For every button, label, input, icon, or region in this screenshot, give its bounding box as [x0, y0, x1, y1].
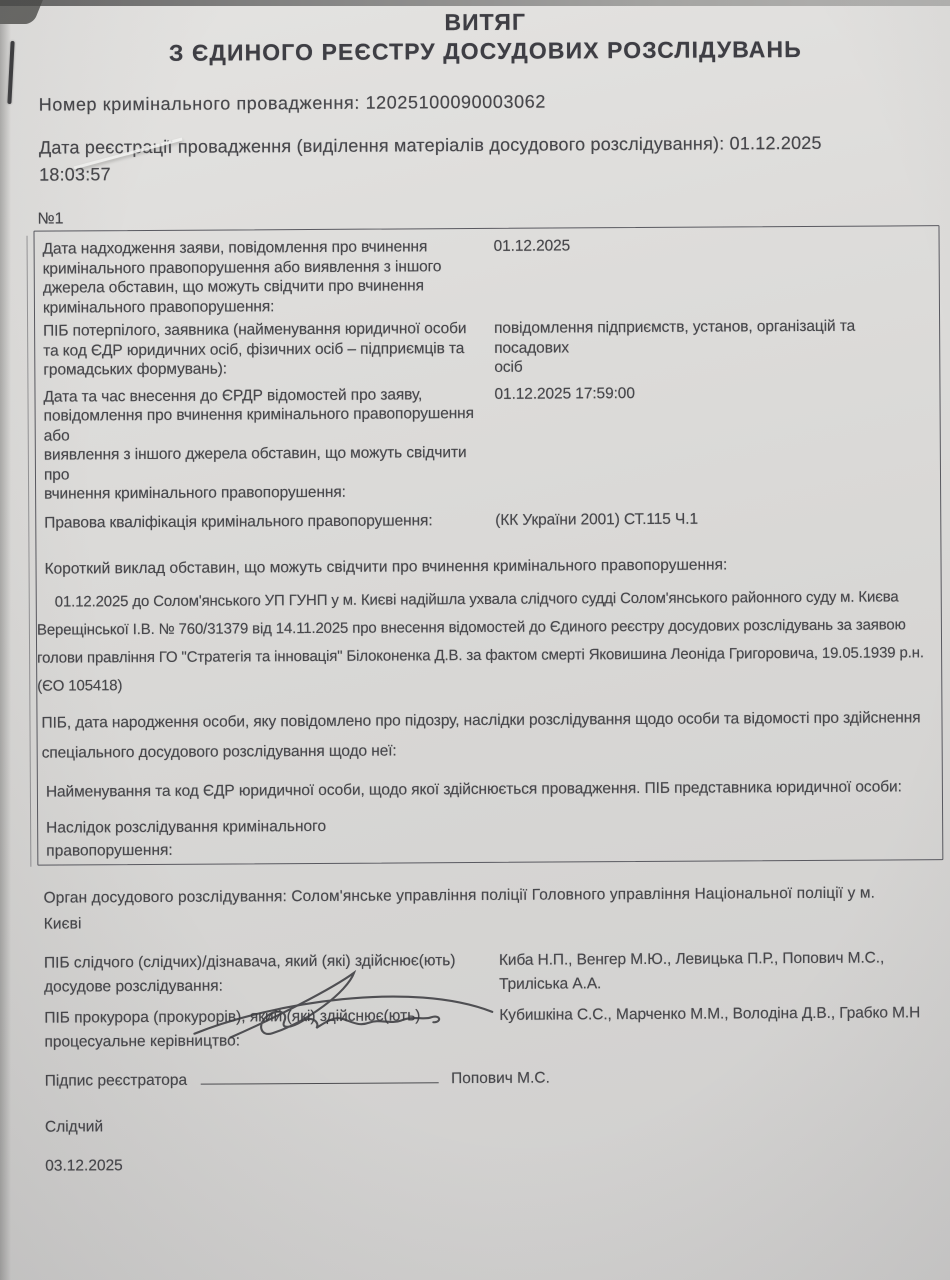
row-label: Правова кваліфікація кримінального право…: [44, 510, 495, 532]
document-content: ВИТЯГ З ЄДИНОГО РЕЄСТРУ ДОСУДОВИХ РОЗСЛІ…: [0, 0, 950, 1280]
case-number-line: Номер кримінального провадження: 1202510…: [39, 89, 939, 115]
row-value: 01.12.2025 17:59:00: [494, 382, 929, 404]
legal-entity-heading: Найменування та код ЄДР юридичної особи,…: [46, 777, 932, 802]
investigators-value: Киба Н.П., Венгер М.Ю., Левицька П.Р., П…: [499, 946, 944, 997]
handwritten-signature: [172, 956, 513, 1044]
signed-role: Слідчий: [45, 1113, 945, 1136]
table-row: Дата та час внесення до ЄРДР відомостей …: [43, 382, 930, 504]
registration-date-line: Дата реєстрації провадження (виділення м…: [39, 129, 939, 188]
registry-table: Дата надходження заяви, повідомлення про…: [33, 225, 943, 866]
document-subtitle: З ЄДИНОГО РЕЄСТРУ ДОСУДОВИХ РОЗСЛІДУВАНЬ: [32, 33, 938, 70]
summary-paragraph: 01.12.2025 до Солом'янського УП ГУНП у м…: [37, 583, 944, 701]
document-photo: ВИТЯГ З ЄДИНОГО РЕЄСТРУ ДОСУДОВИХ РОЗСЛІ…: [0, 0, 950, 1280]
row-value: повідомлення підприємств, установ, орган…: [494, 316, 929, 377]
outcome-label: Наслідок розслідування кримінального пра…: [46, 811, 932, 862]
signature-line: [201, 1066, 439, 1084]
row-label: Дата надходження заяви, повідомлення про…: [43, 237, 494, 318]
row-value: (КК України 2001) СТ.115 Ч.1: [495, 508, 930, 530]
investigation-body-line: Орган досудового розслідування: Солом'ян…: [43, 880, 943, 937]
registrar-signature-row: Підпис реєстратора Попович М.С.: [45, 1063, 945, 1092]
row-value: 01.12.2025: [494, 234, 929, 256]
prosecutors-value: Кубишкіна С.С., Марченко М.М., Володіна …: [499, 1001, 944, 1052]
table-row: ПІБ потерпілого, заявника (найменування …: [43, 316, 929, 380]
summary-heading: Короткий виклад обставин, що можуть свід…: [45, 554, 931, 579]
signed-date: 03.12.2025: [45, 1152, 945, 1175]
row-label: Дата та час внесення до ЄРДР відомостей …: [43, 384, 495, 504]
document-header: ВИТЯГ З ЄДИНОГО РЕЄСТРУ ДОСУДОВИХ РОЗСЛІ…: [32, 0, 938, 70]
suspect-heading: ПІБ, дата народження особи, яку повідомл…: [41, 703, 943, 769]
table-row: Дата надходження заяви, повідомлення про…: [43, 234, 929, 317]
registrar-name: Попович М.С.: [451, 1068, 550, 1091]
signature-label: Підпис реєстратора: [45, 1070, 188, 1093]
table-row: Правова кваліфікація кримінального право…: [44, 508, 930, 533]
row-label: ПІБ потерпілого, заявника (найменування …: [43, 319, 494, 380]
